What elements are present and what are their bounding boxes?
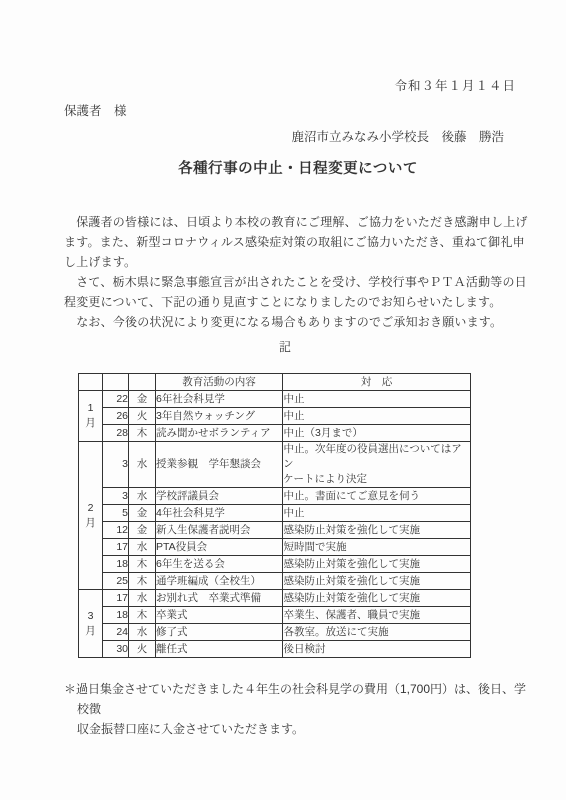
weekday-cell: 木 <box>129 573 156 590</box>
content-cell: 卒業式 <box>156 607 283 624</box>
content-cell: 6年社会科見学 <box>156 391 283 408</box>
response-cell: ・感染防止対策を強化して実施 <box>283 573 471 590</box>
record-marker: 記 <box>0 339 566 355</box>
header-response: 対 応 <box>283 374 471 391</box>
table-row: 2 月3水授業参観 学年懇談会・中止。次年度の役員選出についてはアン ケートによ… <box>79 442 471 488</box>
content-cell: 学校評議員会 <box>156 488 283 505</box>
footnote: ＊過日集金させていただきました４年生の社会科見学の費用（1,700円）は、後日、… <box>64 679 536 739</box>
response-cell: ・中止 <box>283 408 471 425</box>
content-cell: 3年自然ウォッチング <box>156 408 283 425</box>
header-weekday <box>129 374 156 391</box>
day-cell: 17 <box>103 539 129 556</box>
document-date: 令和３年１月１４日 <box>0 78 516 94</box>
weekday-cell: 木 <box>129 425 156 442</box>
content-cell: 修了式 <box>156 624 283 641</box>
weekday-cell: 火 <box>129 408 156 425</box>
weekday-cell: 水 <box>129 590 156 607</box>
day-cell: 22 <box>103 391 129 408</box>
table-row: 5金4年社会科見学・中止 <box>79 505 471 522</box>
weekday-cell: 水 <box>129 539 156 556</box>
month-cell: 1 月 <box>79 391 103 442</box>
table-row: 17水PTA役員会・短時間で実施 <box>79 539 471 556</box>
response-cell: ・感染防止対策を強化して実施 <box>283 522 471 539</box>
weekday-cell: 金 <box>129 391 156 408</box>
content-cell: PTA役員会 <box>156 539 283 556</box>
document-page: 令和３年１月１４日 保護者 様 鹿沼市立みなみ小学校長 後藤 勝浩 各種行事の中… <box>0 0 566 800</box>
day-cell: 30 <box>103 641 129 658</box>
response-cell: ・短時間で実施 <box>283 539 471 556</box>
day-cell: 24 <box>103 624 129 641</box>
weekday-cell: 金 <box>129 522 156 539</box>
response-cell: ・中止 <box>283 391 471 408</box>
day-cell: 17 <box>103 590 129 607</box>
weekday-cell: 木 <box>129 607 156 624</box>
content-cell: 4年社会科見学 <box>156 505 283 522</box>
content-cell: 授業参観 学年懇談会 <box>156 442 283 488</box>
schedule-table-body: 1 月22金6年社会科見学・中止26火3年自然ウォッチング・中止28木読み聞かせ… <box>79 391 471 658</box>
content-cell: 離任式 <box>156 641 283 658</box>
day-cell: 12 <box>103 522 129 539</box>
weekday-cell: 火 <box>129 641 156 658</box>
response-cell: ・中止。書面にてご意見を伺う <box>283 488 471 505</box>
response-cell: ・中止。次年度の役員選出についてはアン ケートにより決定 <box>283 442 471 488</box>
weekday-cell: 水 <box>129 624 156 641</box>
response-cell: ・中止（3月まで） <box>283 425 471 442</box>
header-content: 教育活動の内容 <box>156 374 283 391</box>
table-row: 28木読み聞かせボランティア・中止（3月まで） <box>79 425 471 442</box>
month-cell: 3 月 <box>79 590 103 658</box>
document-title: 各種行事の中止・日程変更について <box>0 159 566 179</box>
weekday-cell: 水 <box>129 442 156 488</box>
day-cell: 25 <box>103 573 129 590</box>
header-day <box>103 374 129 391</box>
content-cell: 読み聞かせボランティア <box>156 425 283 442</box>
body-text: 保護者の皆様には、日頃より本校の教育にご理解、ご協力をいただき感謝申し上げ ます… <box>64 212 536 332</box>
month-cell: 2 月 <box>79 442 103 590</box>
response-cell: ・各教室。放送にて実施 <box>283 624 471 641</box>
day-cell: 5 <box>103 505 129 522</box>
table-row: 1 月22金6年社会科見学・中止 <box>79 391 471 408</box>
response-cell: ・卒業生、保護者、職員で実施 <box>283 607 471 624</box>
table-row: 26火3年自然ウォッチング・中止 <box>79 408 471 425</box>
weekday-cell: 金 <box>129 505 156 522</box>
weekday-cell: 木 <box>129 556 156 573</box>
table-row: 3 月17水お別れ式 卒業式準備・感染防止対策を強化して実施 <box>79 590 471 607</box>
table-row: 18木6年生を送る会・感染防止対策を強化して実施 <box>79 556 471 573</box>
response-cell: ・後日検討 <box>283 641 471 658</box>
response-cell: ・感染防止対策を強化して実施 <box>283 556 471 573</box>
table-row: 30火離任式・後日検討 <box>79 641 471 658</box>
day-cell: 26 <box>103 408 129 425</box>
table-row: 24水修了式・各教室。放送にて実施 <box>79 624 471 641</box>
response-cell: ・感染防止対策を強化して実施 <box>283 590 471 607</box>
schedule-table: 教育活動の内容 対 応 1 月22金6年社会科見学・中止26火3年自然ウォッチン… <box>78 373 471 658</box>
day-cell: 28 <box>103 425 129 442</box>
table-row: 25木通学班編成（全校生）・感染防止対策を強化して実施 <box>79 573 471 590</box>
table-row: 12金新入生保護者説明会・感染防止対策を強化して実施 <box>79 522 471 539</box>
day-cell: 18 <box>103 607 129 624</box>
table-row: 3水学校評議員会・中止。書面にてご意見を伺う <box>79 488 471 505</box>
content-cell: お別れ式 卒業式準備 <box>156 590 283 607</box>
weekday-cell: 水 <box>129 488 156 505</box>
day-cell: 3 <box>103 488 129 505</box>
sender-signature: 鹿沼市立みなみ小学校長 後藤 勝浩 <box>0 129 504 145</box>
content-cell: 通学班編成（全校生） <box>156 573 283 590</box>
addressee: 保護者 様 <box>64 103 566 119</box>
header-month <box>79 374 103 391</box>
day-cell: 3 <box>103 442 129 488</box>
content-cell: 6年生を送る会 <box>156 556 283 573</box>
response-cell: ・中止 <box>283 505 471 522</box>
table-row: 18木卒業式・卒業生、保護者、職員で実施 <box>79 607 471 624</box>
content-cell: 新入生保護者説明会 <box>156 522 283 539</box>
day-cell: 18 <box>103 556 129 573</box>
table-header-row: 教育活動の内容 対 応 <box>79 374 471 391</box>
